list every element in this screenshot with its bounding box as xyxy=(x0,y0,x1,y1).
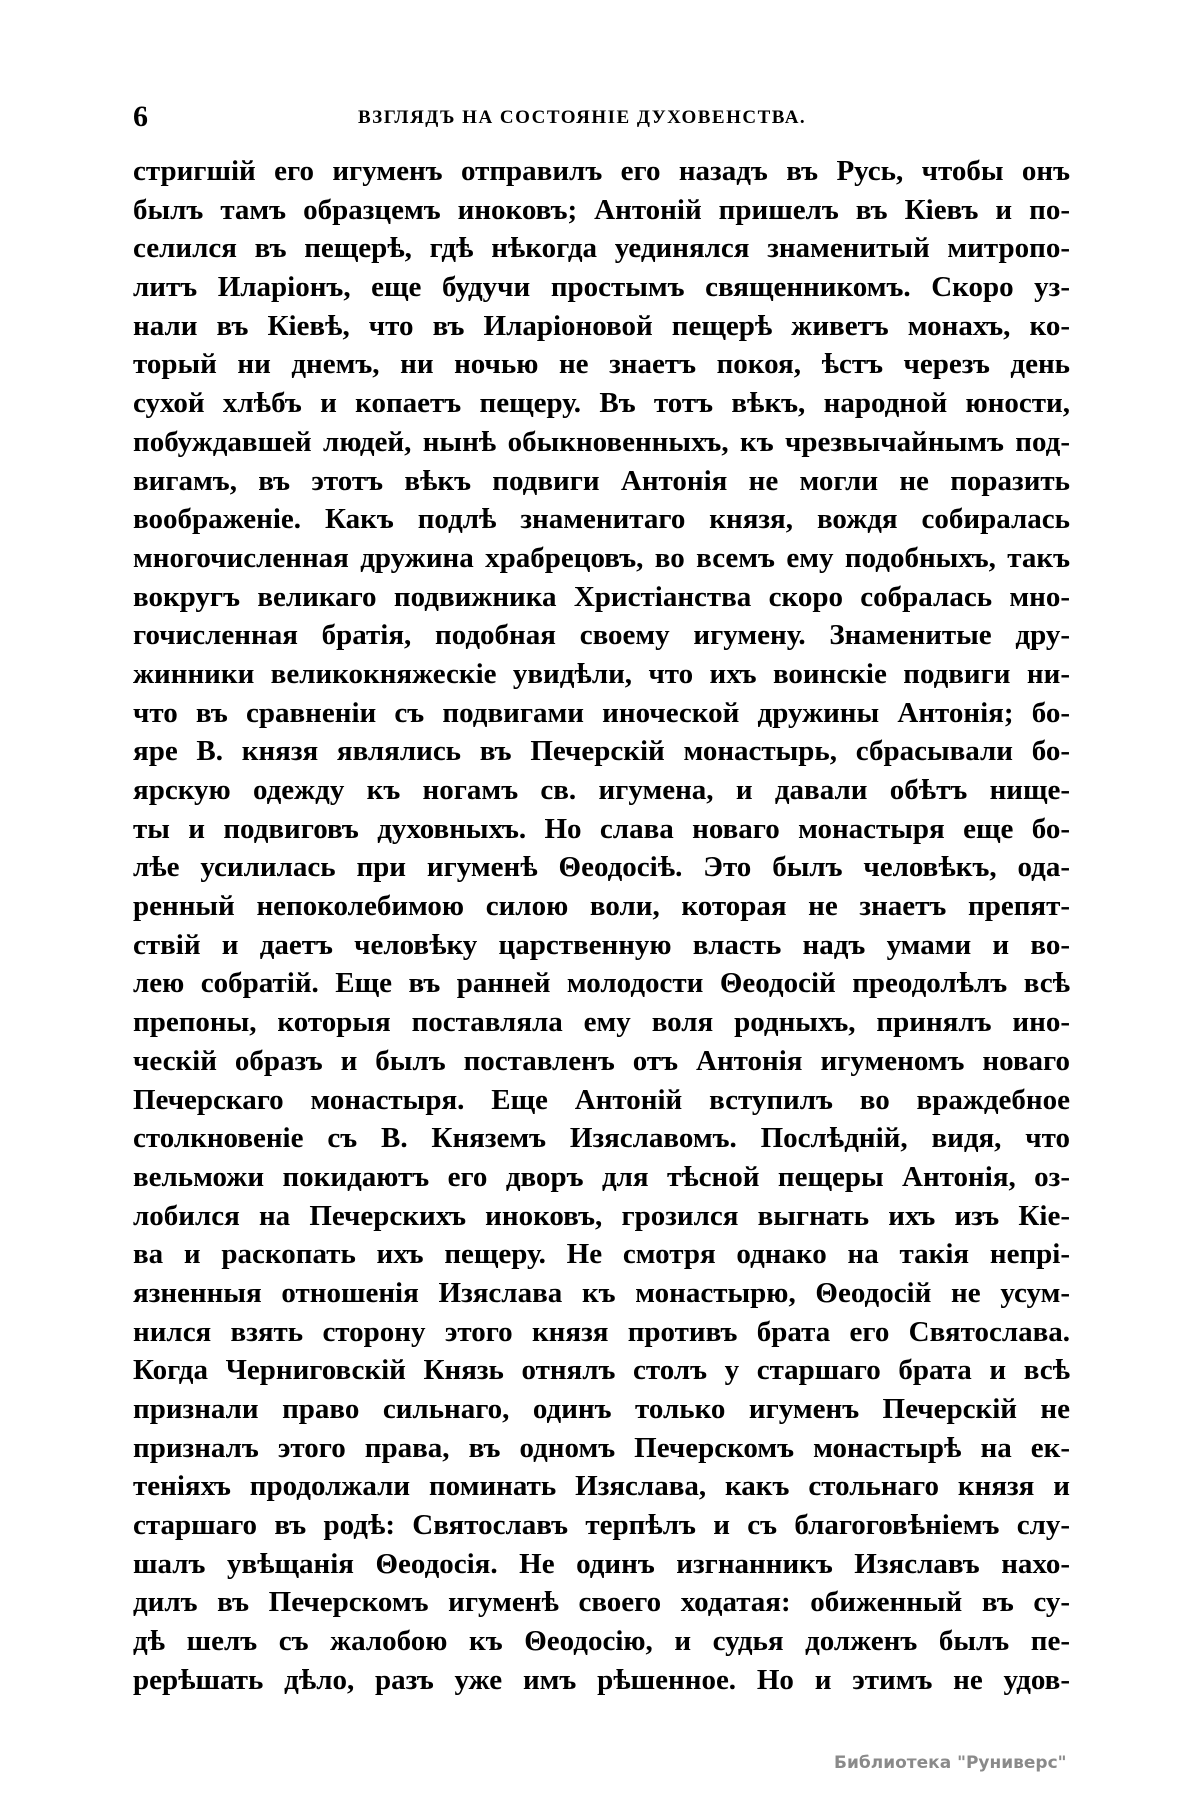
text-line: ствій и даетъ человѣку царственную власт… xyxy=(133,926,1070,965)
text-line: ва и раскопать ихъ пещеру. Не смотря одн… xyxy=(133,1235,1070,1274)
text-line: стригшій его игуменъ отправилъ его назад… xyxy=(133,152,1070,191)
scanned-book-page: 6 ВЗГЛЯДЪ НА СОСТОЯНІЕ ДУХОВЕНСТВА. стри… xyxy=(0,0,1200,1813)
text-line: вигамъ, въ этотъ вѣкъ подвиги Антонія не… xyxy=(133,462,1070,501)
text-line: ренный непоколебимою силою воли, которая… xyxy=(133,887,1070,926)
text-line: Печерскаго монастыря. Еще Антоній вступи… xyxy=(133,1081,1070,1120)
text-line: столкновеніе съ В. Княземъ Изяславомъ. П… xyxy=(133,1119,1070,1158)
text-line: призналъ этого права, въ одномъ Печерско… xyxy=(133,1429,1070,1468)
text-line: старшаго въ родѣ: Святославъ терпѣлъ и с… xyxy=(133,1506,1070,1545)
text-line: литъ Иларіонъ, еще будучи простымъ свяще… xyxy=(133,268,1070,307)
text-line: воображеніе. Какъ подлѣ знаменитаго княз… xyxy=(133,500,1070,539)
running-title: ВЗГЛЯДЪ НА СОСТОЯНІЕ ДУХОВЕНСТВА. xyxy=(358,106,806,130)
text-line: гочисленная братія, подобная своему игум… xyxy=(133,616,1070,655)
text-line: вокругъ великаго подвижника Христіанства… xyxy=(133,578,1070,617)
text-line: ты и подвиговъ духовныхъ. Но слава новаг… xyxy=(133,810,1070,849)
text-line: шалъ увѣщанія Θеодосія. Не одинъ изгнанн… xyxy=(133,1545,1070,1584)
text-line: лобился на Печерскихъ иноковъ, грозился … xyxy=(133,1197,1070,1236)
text-line: лѣе усилилась при игуменѣ Θеодосіѣ. Это … xyxy=(133,848,1070,887)
text-line: теніяхъ продолжали поминать Изяслава, ка… xyxy=(133,1467,1070,1506)
text-line: торый ни днемъ, ни ночью не знаетъ покоя… xyxy=(133,345,1070,384)
text-line: дѣ шелъ съ жалобою къ Θеодосію, и судья … xyxy=(133,1622,1070,1661)
text-line: сухой хлѣбъ и копаетъ пещеру. Въ тотъ вѣ… xyxy=(133,384,1070,423)
running-head: 6 ВЗГЛЯДЪ НА СОСТОЯНІЕ ДУХОВЕНСТВА. xyxy=(133,100,1070,134)
text-line: побуждавшей людей, нынѣ обыкновенныхъ, к… xyxy=(133,423,1070,462)
text-line: яре В. князя являлись въ Печерскій монас… xyxy=(133,732,1070,771)
body-text: стригшій его игуменъ отправилъ его назад… xyxy=(133,152,1070,1700)
text-line: жинники великокняжескіе увидѣли, что ихъ… xyxy=(133,655,1070,694)
text-line: былъ тамъ образцемъ иноковъ; Антоній при… xyxy=(133,191,1070,230)
text-line: селился въ пещерѣ, гдѣ нѣкогда уединялся… xyxy=(133,229,1070,268)
text-line: ярскую одежду къ ногамъ св. игумена, и д… xyxy=(133,771,1070,810)
text-line: лею собратій. Еще въ ранней молодости Θе… xyxy=(133,964,1070,1003)
text-line: ческій образъ и былъ поставленъ отъ Анто… xyxy=(133,1042,1070,1081)
text-line: препоны, которыя поставляла ему воля род… xyxy=(133,1003,1070,1042)
text-line: дилъ въ Печерскомъ игуменѣ своего ходата… xyxy=(133,1583,1070,1622)
text-line: язненныя отношенія Изяслава къ монастырю… xyxy=(133,1274,1070,1313)
page-number: 6 xyxy=(133,100,148,134)
text-line: что въ сравненіи съ подвигами иноческой … xyxy=(133,694,1070,733)
text-line: признали право сильнаго, одинъ только иг… xyxy=(133,1390,1070,1429)
text-line: многочисленная дружина храбрецовъ, во вс… xyxy=(133,539,1070,578)
text-line: нился взять сторону этого князя противъ … xyxy=(133,1313,1070,1352)
library-watermark: Библиотека "Руниверс" xyxy=(834,1752,1067,1774)
text-line: вельможи покидаютъ его дворъ для тѣсной … xyxy=(133,1158,1070,1197)
text-line: нали въ Кіевѣ, что въ Иларіоновой пещерѣ… xyxy=(133,307,1070,346)
text-line: Когда Черниговскій Князь отнялъ столъ у … xyxy=(133,1351,1070,1390)
text-line: рерѣшать дѣло, разъ уже имъ рѣшенное. Но… xyxy=(133,1661,1070,1700)
